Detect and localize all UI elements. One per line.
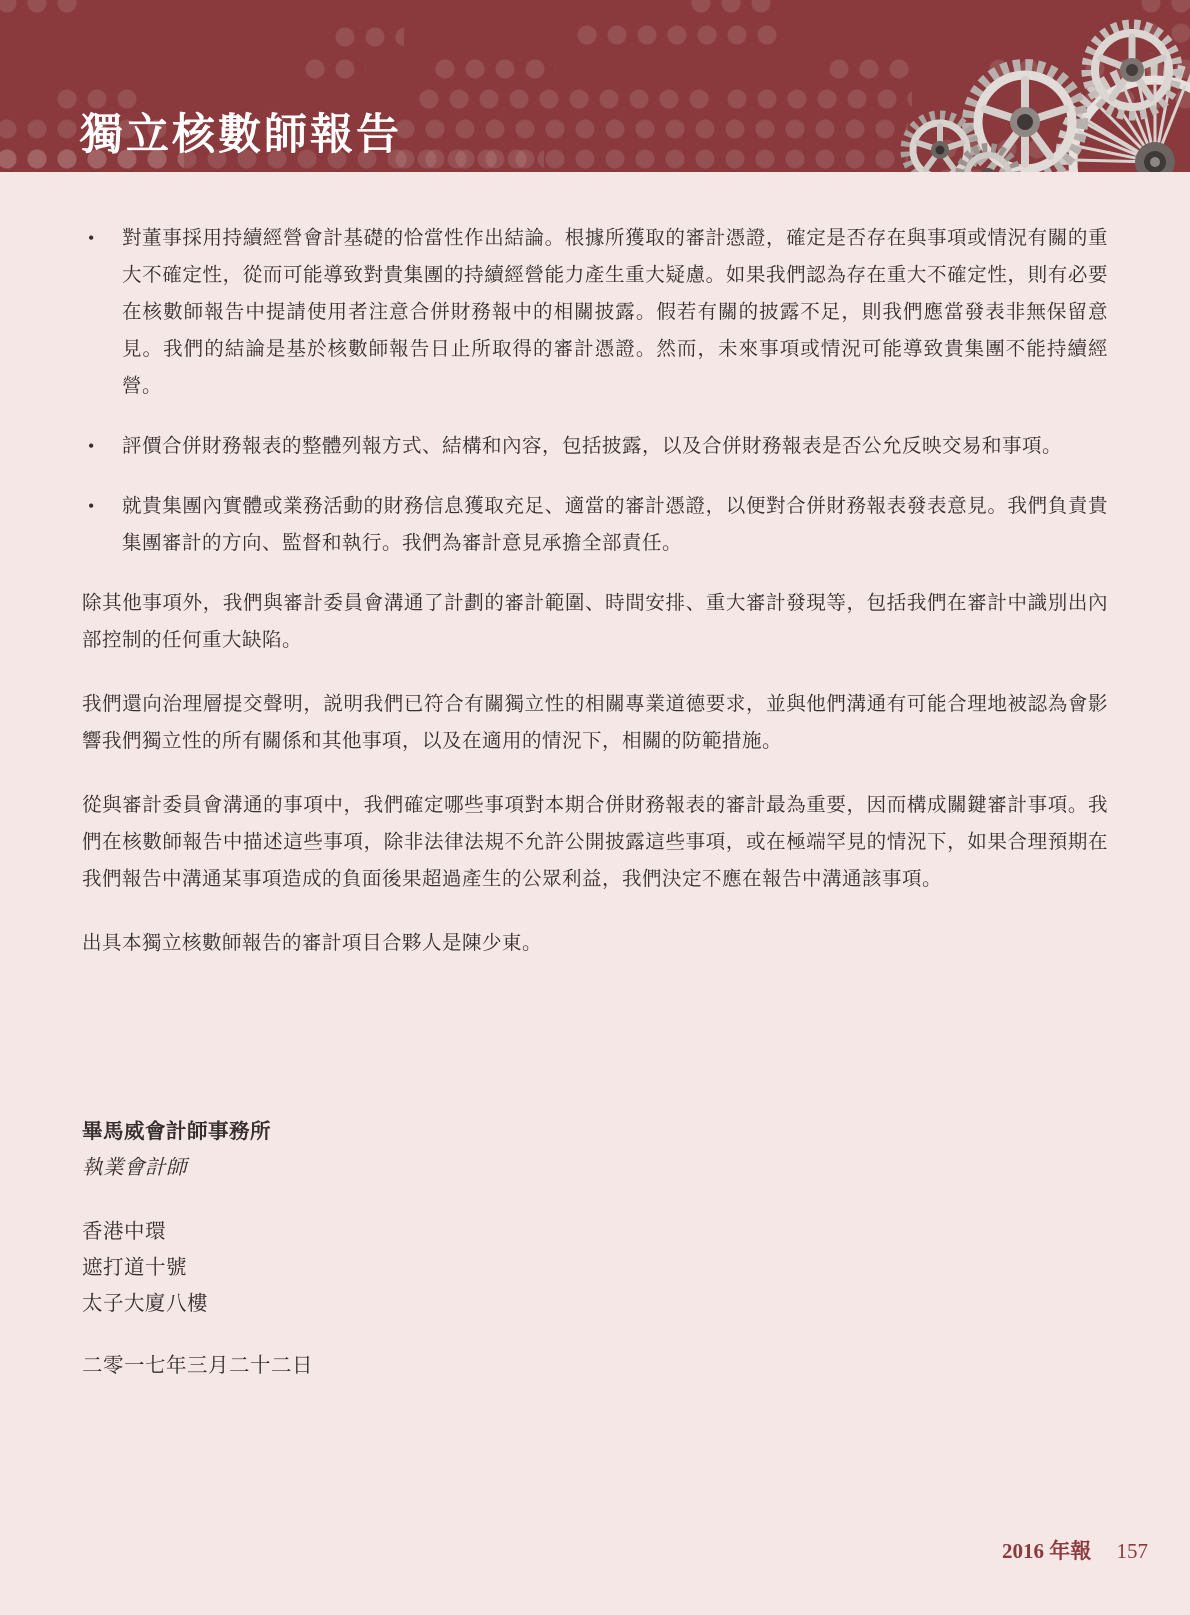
paragraph: 出具本獨立核數師報告的審計項目合夥人是陳少東。 <box>82 925 1108 962</box>
bullet-text: 評價合併財務報表的整體列報方式、結構和內容，包括披露，以及合併財務報表是否公允反… <box>122 436 1062 457</box>
bullet-icon: • <box>88 428 95 465</box>
signature-firm-name: 畢馬威會計師事務所 <box>82 1114 1108 1150</box>
dot-pattern <box>390 114 908 172</box>
address-line: 香港中環 <box>82 1214 1108 1250</box>
audit-bullet-list: • 對董事採用持續經營會計基礎的恰當性作出結論。根據所獲取的審計憑證，確定是否存… <box>82 220 1108 562</box>
address-line: 太子大廈八樓 <box>82 1286 1108 1322</box>
dot-pattern <box>430 54 556 86</box>
dot-pattern <box>300 54 366 86</box>
dot-pattern <box>0 0 78 20</box>
paragraph: 從與審計委員會溝通的事項中，我們確定哪些事項對本期合併財務報表的審計最為重要，因… <box>82 787 1108 898</box>
bullet-item: • 對董事採用持續經營會計基礎的恰當性作出結論。根據所獲取的審計憑證，確定是否存… <box>82 220 1108 405</box>
bullet-item: • 評價合併財務報表的整體列報方式、結構和內容，包括披露，以及合併財務報表是否公… <box>82 428 1108 465</box>
signature-address: 香港中環 遮打道十號 太子大廈八樓 <box>82 1214 1108 1322</box>
address-line: 遮打道十號 <box>82 1250 1108 1286</box>
dot-pattern <box>414 84 716 116</box>
dot-pattern <box>330 22 404 54</box>
bullet-item: • 就貴集團內實體或業務活動的財務信息獲取充足、適當的審計憑證，以便對合併財務報… <box>82 488 1108 562</box>
bullet-text: 對董事採用持續經營會計基礎的恰當性作出結論。根據所獲取的審計憑證，確定是否存在與… <box>122 228 1108 397</box>
paragraph: 我們還向治理層提交聲明，説明我們已符合有關獨立性的相關專業道德要求，並與他們溝通… <box>82 686 1108 760</box>
page-title: 獨立核數師報告 <box>80 101 402 162</box>
dot-pattern <box>686 0 780 20</box>
header-band: 獨立核數師報告 <box>0 0 1190 172</box>
page: 獨立核數師報告 • 對董事採用持續經營會計基礎的恰當性作出結論。根據所獲取的審計… <box>0 0 1190 1615</box>
footer-page-number: 157 <box>1117 1539 1149 1563</box>
bullet-icon: • <box>88 220 95 257</box>
bullet-text: 就貴集團內實體或業務活動的財務信息獲取充足、適當的審計憑證，以便對合併財務報表發… <box>122 496 1108 554</box>
content: • 對董事採用持續經營會計基礎的恰當性作出結論。根據所獲取的審計憑證，確定是否存… <box>0 172 1190 1384</box>
footer-report-label: 2016 年報 <box>1002 1539 1091 1563</box>
bullet-icon: • <box>88 488 95 525</box>
gears-image <box>860 0 1190 172</box>
signature-block: 畢馬威會計師事務所 執業會計師 香港中環 遮打道十號 太子大廈八樓 二零一七年三… <box>82 1114 1108 1384</box>
signature-practitioner: 執業會計師 <box>82 1150 1108 1186</box>
paragraph: 除其他事項外，我們與審計委員會溝通了計劃的審計範圍、時間安排、重大審計發現等，包… <box>82 585 1108 659</box>
dot-pattern <box>572 20 784 54</box>
page-footer: 2016 年報 157 <box>1002 1535 1148 1565</box>
report-date: 二零一七年三月二十二日 <box>82 1348 1108 1384</box>
